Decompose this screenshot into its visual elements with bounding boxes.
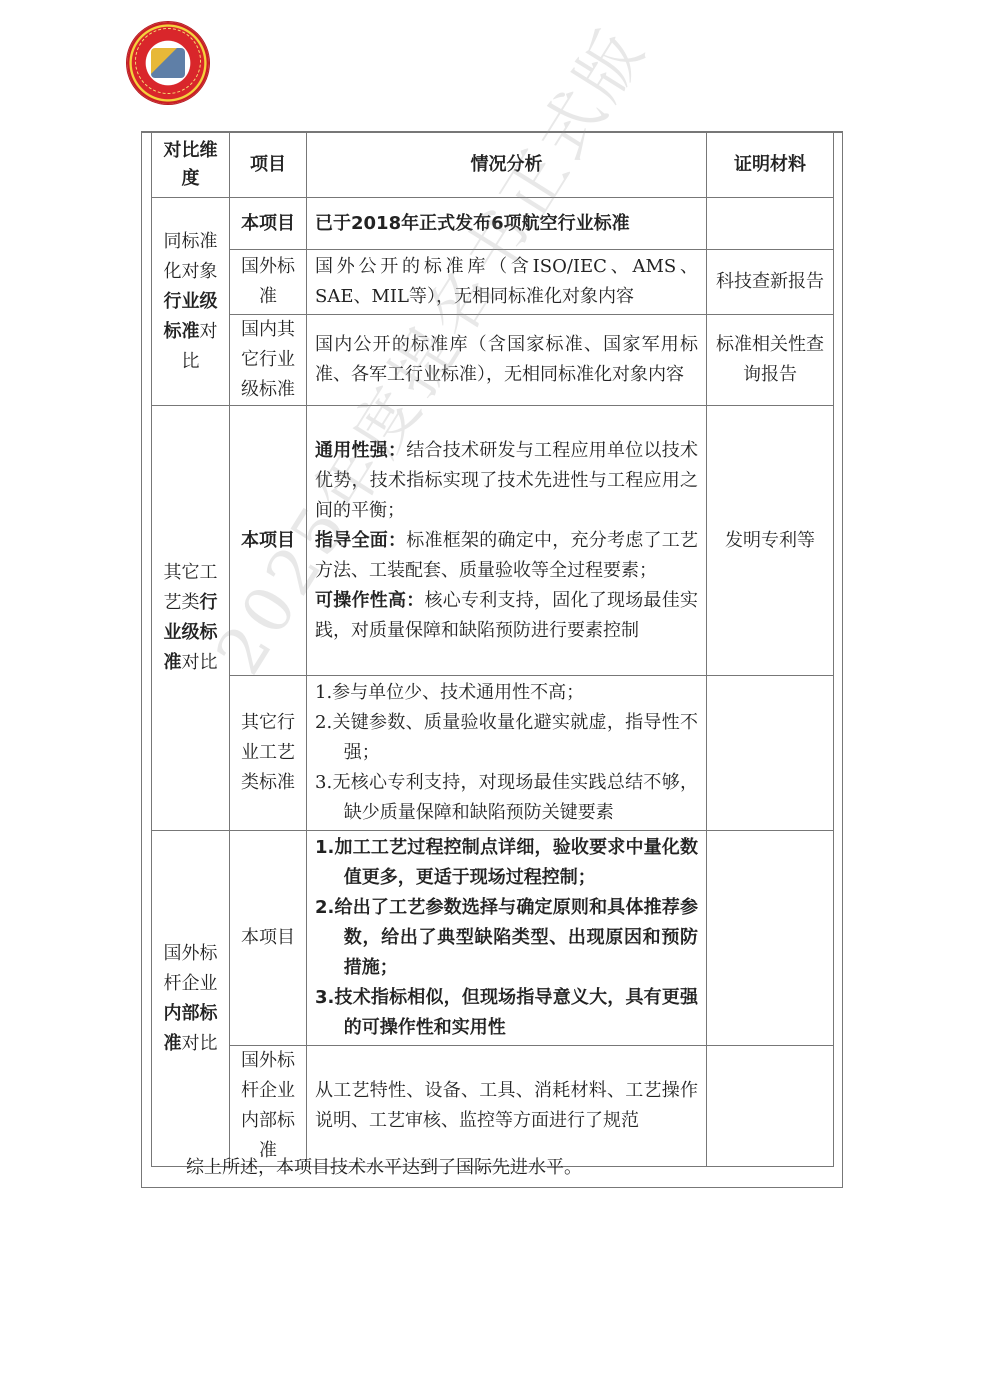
item-cell: 本项目 <box>230 831 307 1046</box>
table-row: 国外标杆企业内部标准对比 本项目 1.加工工艺过程控制点详细，验收要求中量化数值… <box>152 831 834 1046</box>
analysis-cell: 已于2018年正式发布6项航空行业标准 <box>307 198 707 250</box>
proof-cell <box>707 831 834 1046</box>
analysis-cell: 1.参与单位少、技术通用性不高； 2.关键参数、质量验收量化避实就虚，指导性不强… <box>307 676 707 831</box>
table-header-row: 对比维度 项目 情况分析 证明材料 <box>152 132 834 198</box>
dimension-cell: 国外标杆企业内部标准对比 <box>152 831 230 1167</box>
comparison-table: 对比维度 项目 情况分析 证明材料 同标准化对象行业级标准对比 本项目 已于20… <box>151 131 834 1167</box>
table-row: 国外标准 国外公开的标准库（含ISO/IEC、AMS、SAE、MIL等），无相同… <box>152 250 834 315</box>
point-label: 指导全面： <box>315 530 406 551</box>
item-cell: 国外标杆企业内部标准 <box>230 1046 307 1167</box>
proof-cell <box>707 676 834 831</box>
point-label: 通用性强： <box>315 440 406 461</box>
proof-cell <box>707 198 834 250</box>
dimension-cell: 其它工艺类行业级标准对比 <box>152 406 230 831</box>
analysis-cell: 国外公开的标准库（含ISO/IEC、AMS、SAE、MIL等），无相同标准化对象… <box>307 250 707 315</box>
item-cell: 其它行业工艺类标准 <box>230 676 307 831</box>
item-cell: 国内其它行业级标准 <box>230 315 307 406</box>
proof-cell <box>707 1046 834 1167</box>
list-item: 2.关键参数、质量验收量化避实就虚，指导性不强； <box>315 708 698 768</box>
analysis-point: 可操作性高：核心专利支持，固化了现场最佳实践，对质量保障和缺陷预防进行要素控制 <box>315 586 698 646</box>
list-item: 1.参与单位少、技术通用性不高； <box>315 678 698 708</box>
proof-cell: 发明专利等 <box>707 406 834 676</box>
dimension-cell: 同标准化对象行业级标准对比 <box>152 198 230 406</box>
analysis-cell: 通用性强：结合技术研发与工程应用单位以技术优势，技术指标实现了技术先进性与工程应… <box>307 406 707 676</box>
item-cell: 国外标准 <box>230 250 307 315</box>
dimension-text: 对比 <box>182 1033 218 1054</box>
list-item: 2.给出了工艺参数选择与确定原则和具体推荐参数，给出了典型缺陷类型、出现原因和预… <box>315 893 698 983</box>
item-cell: 本项目 <box>230 406 307 676</box>
table-row: 同标准化对象行业级标准对比 本项目 已于2018年正式发布6项航空行业标准 <box>152 198 834 250</box>
organization-seal-logo <box>127 22 209 104</box>
seal-emblem-icon <box>151 48 185 78</box>
table-row: 国内其它行业级标准 国内公开的标准库（含国家标准、国家军用标准、各军工行业标准）… <box>152 315 834 406</box>
list-item: 1.加工工艺过程控制点详细，验收要求中量化数值更多，更适于现场过程控制； <box>315 833 698 893</box>
list-item: 3.无核心专利支持，对现场最佳实践总结不够，缺少质量保障和缺陷预防关键要素 <box>315 768 698 828</box>
proof-cell: 标准相关性查询报告 <box>707 315 834 406</box>
analysis-cell: 国内公开的标准库（含国家标准、国家军用标准、各军工行业标准），无相同标准化对象内… <box>307 315 707 406</box>
header-dimension: 对比维度 <box>152 132 230 198</box>
table-row: 其它行业工艺类标准 1.参与单位少、技术通用性不高； 2.关键参数、质量验收量化… <box>152 676 834 831</box>
point-label: 可操作性高： <box>315 590 425 611</box>
analysis-cell: 从工艺特性、设备、工具、消耗材料、工艺操作说明、工艺审核、监控等方面进行了规范 <box>307 1046 707 1167</box>
header-analysis: 情况分析 <box>307 132 707 198</box>
analysis-point: 指导全面：标准框架的确定中，充分考虑了工艺方法、工装配套、质量验收等全过程要素； <box>315 526 698 586</box>
dimension-text: 国外标杆企业 <box>164 943 218 994</box>
table-row: 其它工艺类行业级标准对比 本项目 通用性强：结合技术研发与工程应用单位以技术优势… <box>152 406 834 676</box>
table-row: 国外标杆企业内部标准 从工艺特性、设备、工具、消耗材料、工艺操作说明、工艺审核、… <box>152 1046 834 1167</box>
dimension-text: 同标准化对象 <box>164 231 218 282</box>
dimension-text: 对比 <box>182 652 218 673</box>
analysis-cell: 1.加工工艺过程控制点详细，验收要求中量化数值更多，更适于现场过程控制； 2.给… <box>307 831 707 1046</box>
proof-cell: 科技查新报告 <box>707 250 834 315</box>
header-item: 项目 <box>230 132 307 198</box>
item-cell: 本项目 <box>230 198 307 250</box>
header-proof: 证明材料 <box>707 132 834 198</box>
analysis-point: 通用性强：结合技术研发与工程应用单位以技术优势，技术指标实现了技术先进性与工程应… <box>315 436 698 526</box>
summary-text: 综上所述，本项目技术水平达到了国际先进水平。 <box>186 1153 582 1183</box>
list-item: 3.技术指标相似，但现场指导意义大，具有更强的可操作性和实用性 <box>315 983 698 1043</box>
